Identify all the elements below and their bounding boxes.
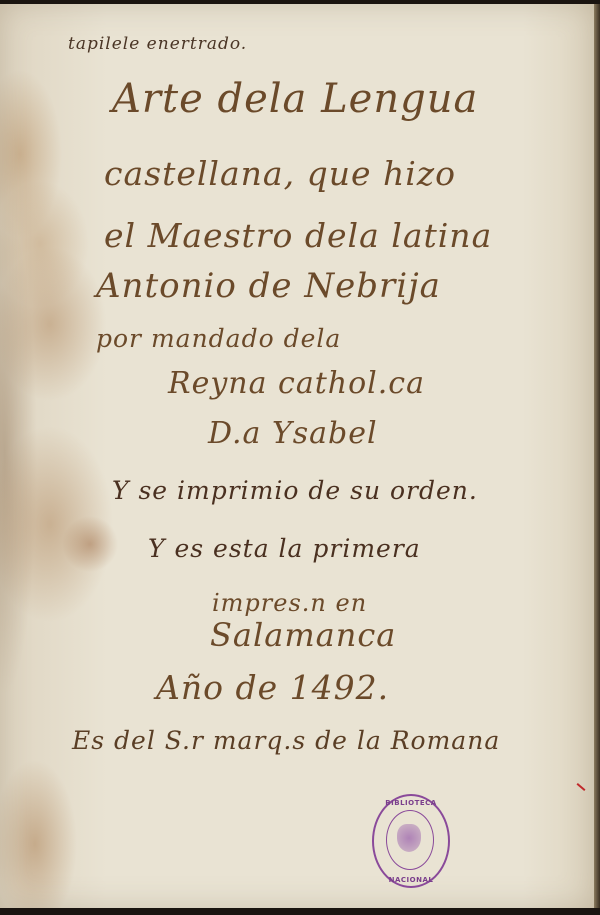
place-line: Salamanca <box>210 616 396 654</box>
text-line-8: Y se imprimio de su orden. <box>112 476 478 505</box>
red-pencil-mark <box>577 783 586 791</box>
text-line-7: D.a Ysabel <box>208 416 378 451</box>
royal-crest-icon <box>397 824 421 852</box>
author-line: Antonio de Nebrija <box>96 266 441 306</box>
title-line-3: el Maestro dela latina <box>104 216 492 255</box>
ownership-note: Es del S.r marq.s de la Romana <box>72 726 500 755</box>
title-line-2: castellana, que hizo <box>104 154 456 193</box>
text-line-5: por mandado dela <box>96 324 341 353</box>
title-line-1: Arte dela Lengua <box>112 76 478 122</box>
manuscript-page: tapilele enertrado. Arte dela Lengua cas… <box>0 4 597 908</box>
library-stamp-icon: BIBLIOTECA NACIONAL <box>372 794 450 888</box>
text-line-9: Y es esta la primera <box>148 534 421 563</box>
page-edge <box>594 4 600 908</box>
stamp-bottom-text: NACIONAL <box>374 876 448 884</box>
text-line-6: Reyna cathol.ca <box>168 366 425 401</box>
stamp-top-text: BIBLIOTECA <box>374 799 448 807</box>
margin-note: tapilele enertrado. <box>68 34 247 54</box>
text-line-10: impres.n en <box>212 589 367 617</box>
year-line: Año de 1492. <box>156 668 389 707</box>
